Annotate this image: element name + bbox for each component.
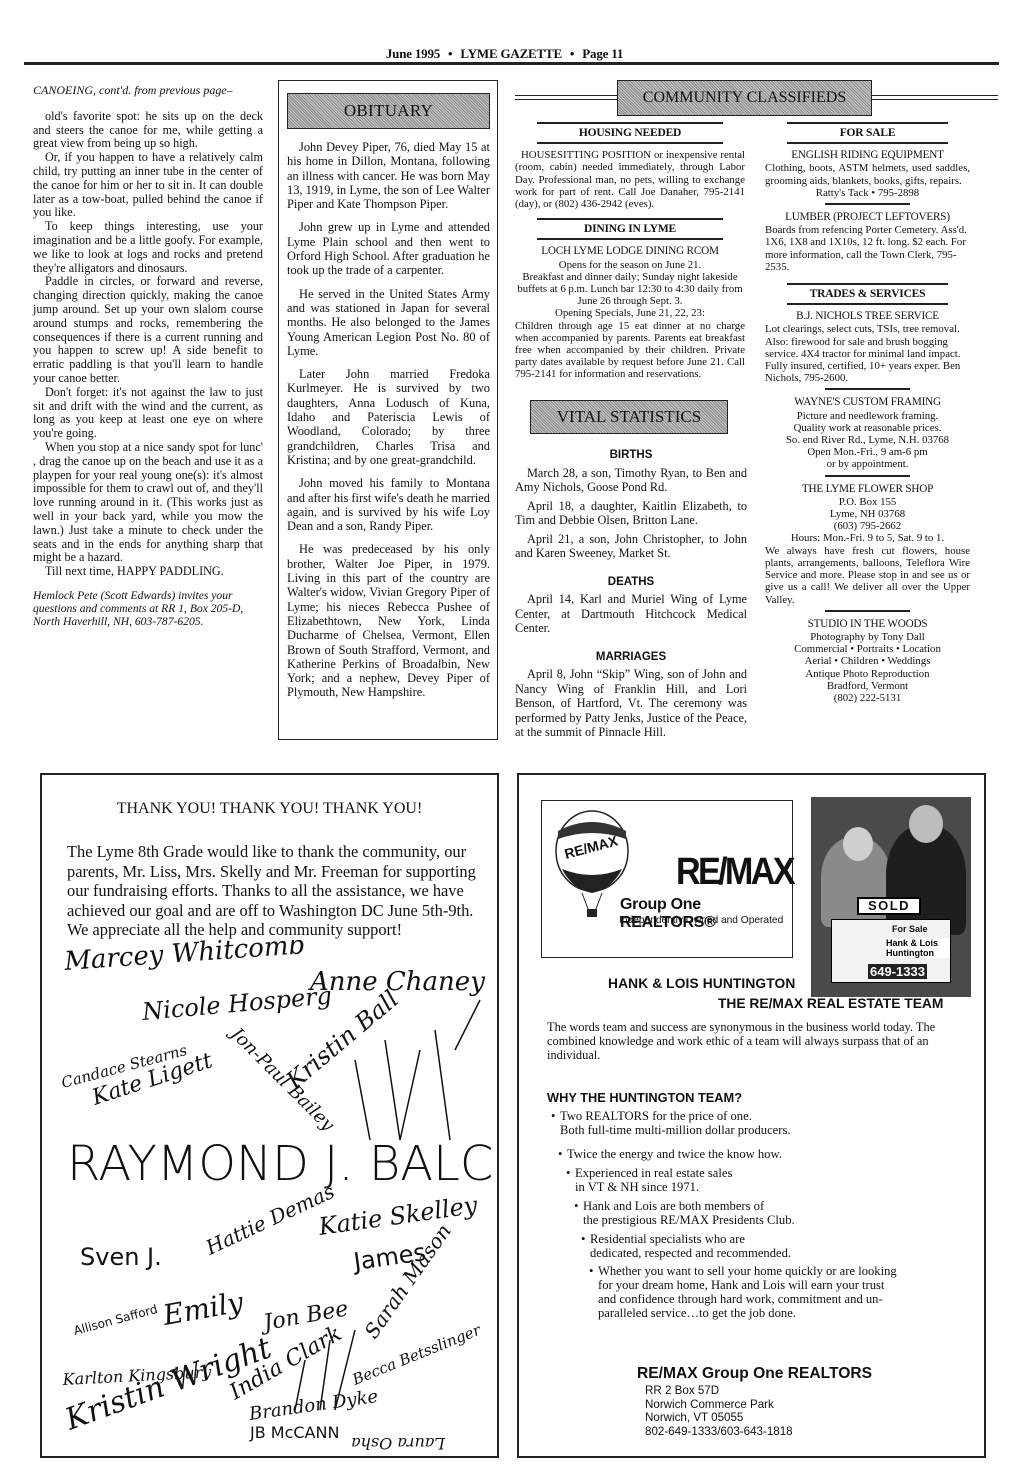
remax-address: RR 2 Box 57D Norwich Commerce Park Norwi…: [645, 1384, 793, 1438]
section-heading-housing: HOUSING NEEDED: [537, 122, 723, 144]
birth-entry: March 28, a son, Timothy Ryan, to Ben an…: [515, 466, 747, 495]
team-tagline: THE RE/MAX REAL ESTATE TEAM: [718, 996, 943, 1011]
svg-text:Allison Safford: Allison Safford: [72, 1302, 159, 1338]
address-line: Norwich, VT 05055: [645, 1411, 793, 1425]
ad-title-studio: STUDIO IN THE WOODS: [765, 618, 970, 630]
remax-logo-panel: RE/MAX RE/MAX Group One REALTORS® Indepe…: [541, 800, 793, 958]
svg-text:Sarah Mason: Sarah Mason: [359, 1219, 455, 1342]
remax-group-name: Group One REALTORS®: [620, 896, 792, 932]
ad-body-nichols: Lot clearings, select cuts, TSIs, tree r…: [765, 323, 970, 384]
ad-title-lumber: LUMBER (PROJECT LEFTOVERS): [765, 211, 970, 223]
address-line: Norwich Commerce Park: [645, 1398, 793, 1412]
handwritten-signatures-image: Marcey Whitcomb Anne Chaney Nicole Hospe…: [55, 940, 495, 1450]
agent-names: HANK & LOIS HUNTINGTON: [608, 976, 795, 991]
why-heading: WHY THE HUNTINGTON TEAM?: [547, 1090, 742, 1105]
framing-line: Quality work at reasonable prices.: [765, 422, 970, 434]
obituary-title: OBITUARY: [287, 93, 490, 129]
section-heading-for-sale: FOR SALE: [787, 122, 948, 144]
dining-ad-body: Children through age 15 eat dinner at no…: [515, 320, 745, 381]
ad-body-riding: Clothing, boots, ASTM helmets, used sadd…: [765, 162, 970, 186]
death-entry: April 14, Karl and Muriel Wing of Lyme C…: [515, 592, 747, 636]
agents-photo: SOLD For Sale Hank & Lois Huntington 649…: [811, 797, 971, 997]
studio-line: Photography by Tony Dall: [765, 631, 970, 643]
divider: [825, 203, 910, 205]
bullet-item: •Twice the energy and twice the know how…: [558, 1147, 782, 1161]
ad-contact-riding: Ratty's Tack • 795-2898: [765, 187, 970, 199]
deaths-heading: DEATHS: [515, 575, 747, 590]
dining-line: Opening Specials, June 21, 22, 23:: [515, 307, 745, 319]
studio-line: (802) 222-5131: [765, 692, 970, 704]
man-face: [909, 805, 943, 843]
obituary-paragraph: John moved his family to Montana and aft…: [287, 476, 490, 533]
author-credit: Hemlock Pete (Scott Edwards) invites you…: [33, 589, 263, 629]
classifieds-right-column: FOR SALE ENGLISH RIDING EQUIPMENT Clothi…: [765, 122, 970, 704]
vital-statistics-title: VITAL STATISTICS: [530, 400, 728, 434]
bullet-item: •Experienced in real estate sales in VT …: [566, 1166, 732, 1194]
framing-line: Open Mon.-Fri., 9 am-6 pm: [765, 446, 970, 458]
framing-line: Picture and needlework framing.: [765, 410, 970, 422]
article-paragraph: Paddle in circles, or forward and revers…: [33, 275, 263, 385]
woman-face: [843, 827, 873, 861]
phone-numbers: 802-649-1333/603-643-1818: [645, 1425, 793, 1439]
page-number: Page 11: [582, 46, 623, 61]
masthead: June 1995•LYME GAZETTE•Page 11: [0, 46, 1009, 62]
framing-line: or by appointment.: [765, 458, 970, 470]
article-paragraph: old's favorite spot: he sits up on the d…: [33, 110, 263, 151]
studio-line: Antique Photo Reproduction: [765, 668, 970, 680]
svg-text:Emily: Emily: [160, 1285, 247, 1332]
svg-text:Nicole Hosperg: Nicole Hosperg: [140, 982, 333, 1027]
svg-text:JB McCANN: JB McCANN: [249, 1423, 339, 1442]
remax-tagline: Independently Owned and Operated: [619, 915, 783, 926]
housing-ad: HOUSESITTING POSITION or inexpensive ren…: [515, 149, 745, 210]
dining-line: Breakfast and dinner daily; Sunday night…: [515, 271, 745, 308]
dining-line: Opens for the season on June 21.: [515, 259, 745, 271]
classifieds-left-column: HOUSING NEEDED HOUSESITTING POSITION or …: [515, 122, 745, 381]
flower-line: P.O. Box 155: [765, 496, 970, 508]
bullet-item: •Hank and Lois are both members of the p…: [574, 1199, 795, 1227]
canoeing-article: CANOEING, cont'd. from previous page– ol…: [33, 84, 263, 629]
dining-ad-title: LOCH LYME LODGE DINING RCOM: [515, 245, 745, 257]
svg-text:Anne Chaney: Anne Chaney: [308, 967, 485, 997]
flower-line: Lyme, NH 03768: [765, 508, 970, 520]
bullet-item: •Residential specialists who are dedicat…: [581, 1232, 791, 1260]
thank-you-body: The Lyme 8th Grade would like to thank t…: [67, 842, 487, 940]
thank-you-title: THANK YOU! THANK YOU! THANK YOU!: [40, 800, 499, 818]
ad-title-framing: WAYNE'S CUSTOM FRAMING: [765, 396, 970, 408]
framing-line: So. end River Rd., Lyme, N.H. 03768: [765, 434, 970, 446]
divider: [825, 475, 910, 477]
birth-entry: April 21, a son, John Christopher, to Jo…: [515, 532, 747, 561]
svg-text:Laura Osha: Laura Osha: [351, 1434, 446, 1450]
article-paragraph: When you stop at a nice sandy spot for l…: [33, 441, 263, 565]
article-paragraph: To keep things interesting, use your ima…: [33, 220, 263, 275]
bullet-item: •Two REALTORS for the price of one. Both…: [551, 1109, 791, 1137]
continuation-kicker: CANOEING, cont'd. from previous page–: [33, 84, 263, 98]
vital-statistics: BIRTHS March 28, a son, Timothy Ryan, to…: [515, 446, 747, 744]
article-paragraph: Till next time, HAPPY PADDLING.: [33, 565, 263, 579]
ad-body-flower: We always have fresh cut flowers, house …: [765, 545, 970, 606]
remax-footer-title: RE/MAX Group One REALTORS: [637, 1365, 872, 1383]
divider: [825, 610, 910, 612]
header-rule-left: [515, 95, 617, 100]
masthead-rule: [24, 62, 999, 65]
studio-line: Commercial • Portraits • Location: [765, 643, 970, 655]
header-rule-right: [872, 95, 998, 100]
obituary-text: John Devey Piper, 76, died May 15 at his…: [287, 140, 490, 709]
classifieds-title: COMMUNITY CLASSIFIEDS: [617, 80, 872, 116]
svg-text:RAYMOND J. BALCH: RAYMOND J. BALCH: [67, 1136, 495, 1192]
ad-title-riding: ENGLISH RIDING EQUIPMENT: [765, 149, 970, 161]
remax-wordmark: RE/MAX: [676, 851, 793, 894]
births-heading: BIRTHS: [515, 448, 747, 463]
ad-body-lumber: Boards from refencing Porter Cemetery. A…: [765, 224, 970, 273]
svg-text:Marcey Whitcomb: Marcey Whitcomb: [62, 940, 306, 977]
for-sale-sign: For Sale Hank & Lois Huntington 649-1333: [831, 919, 951, 983]
svg-text:Sven J.: Sven J.: [80, 1243, 162, 1271]
remax-intro: The words team and success are synonymou…: [547, 1020, 947, 1062]
sold-sign: SOLD: [857, 897, 921, 915]
marriages-heading: MARRIAGES: [515, 650, 747, 665]
bullet-item: •Whether you want to sell your home quic…: [589, 1264, 897, 1320]
article-paragraph: Or, if you happen to have a relatively c…: [33, 151, 263, 220]
section-heading-trades: TRADES & SERVICES: [787, 283, 948, 305]
flower-line: (603) 795-2662: [765, 520, 970, 532]
studio-line: Aerial • Children • Weddings: [765, 655, 970, 667]
obituary-paragraph: John Devey Piper, 76, died May 15 at his…: [287, 140, 490, 211]
studio-line: Bradford, Vermont: [765, 680, 970, 692]
obituary-paragraph: John grew up in Lyme and attended Lyme P…: [287, 220, 490, 277]
svg-text:Brandon Dyke: Brandon Dyke: [247, 1386, 380, 1425]
flower-line: Hours: Mon.-Fri. 9 to 5, Sat. 9 to 1.: [765, 532, 970, 544]
issue-date: June 1995: [386, 46, 440, 61]
publication-name: LYME GAZETTE: [460, 46, 562, 61]
marriage-entry: April 8, John “Skip” Wing, son of John a…: [515, 667, 747, 740]
ad-title-nichols: B.J. NICHOLS TREE SERVICE: [765, 310, 970, 322]
address-line: RR 2 Box 57D: [645, 1384, 793, 1398]
birth-entry: April 18, a daughter, Kaitlin Elizabeth,…: [515, 499, 747, 528]
obituary-paragraph: He served in the United States Army and …: [287, 287, 490, 358]
ad-title-flower: THE LYME FLOWER SHOP: [765, 483, 970, 495]
signatures-area: Marcey Whitcomb Anne Chaney Nicole Hospe…: [55, 940, 495, 1450]
divider: [825, 388, 910, 390]
article-paragraph: Don't forget: it's not against the law t…: [33, 386, 263, 441]
obituary-paragraph: Later John married Fredoka Kurlmeyer. He…: [287, 367, 490, 467]
obituary-paragraph: He was predeceased by his only brother, …: [287, 542, 490, 699]
section-heading-dining: DINING IN LYME: [537, 218, 723, 240]
